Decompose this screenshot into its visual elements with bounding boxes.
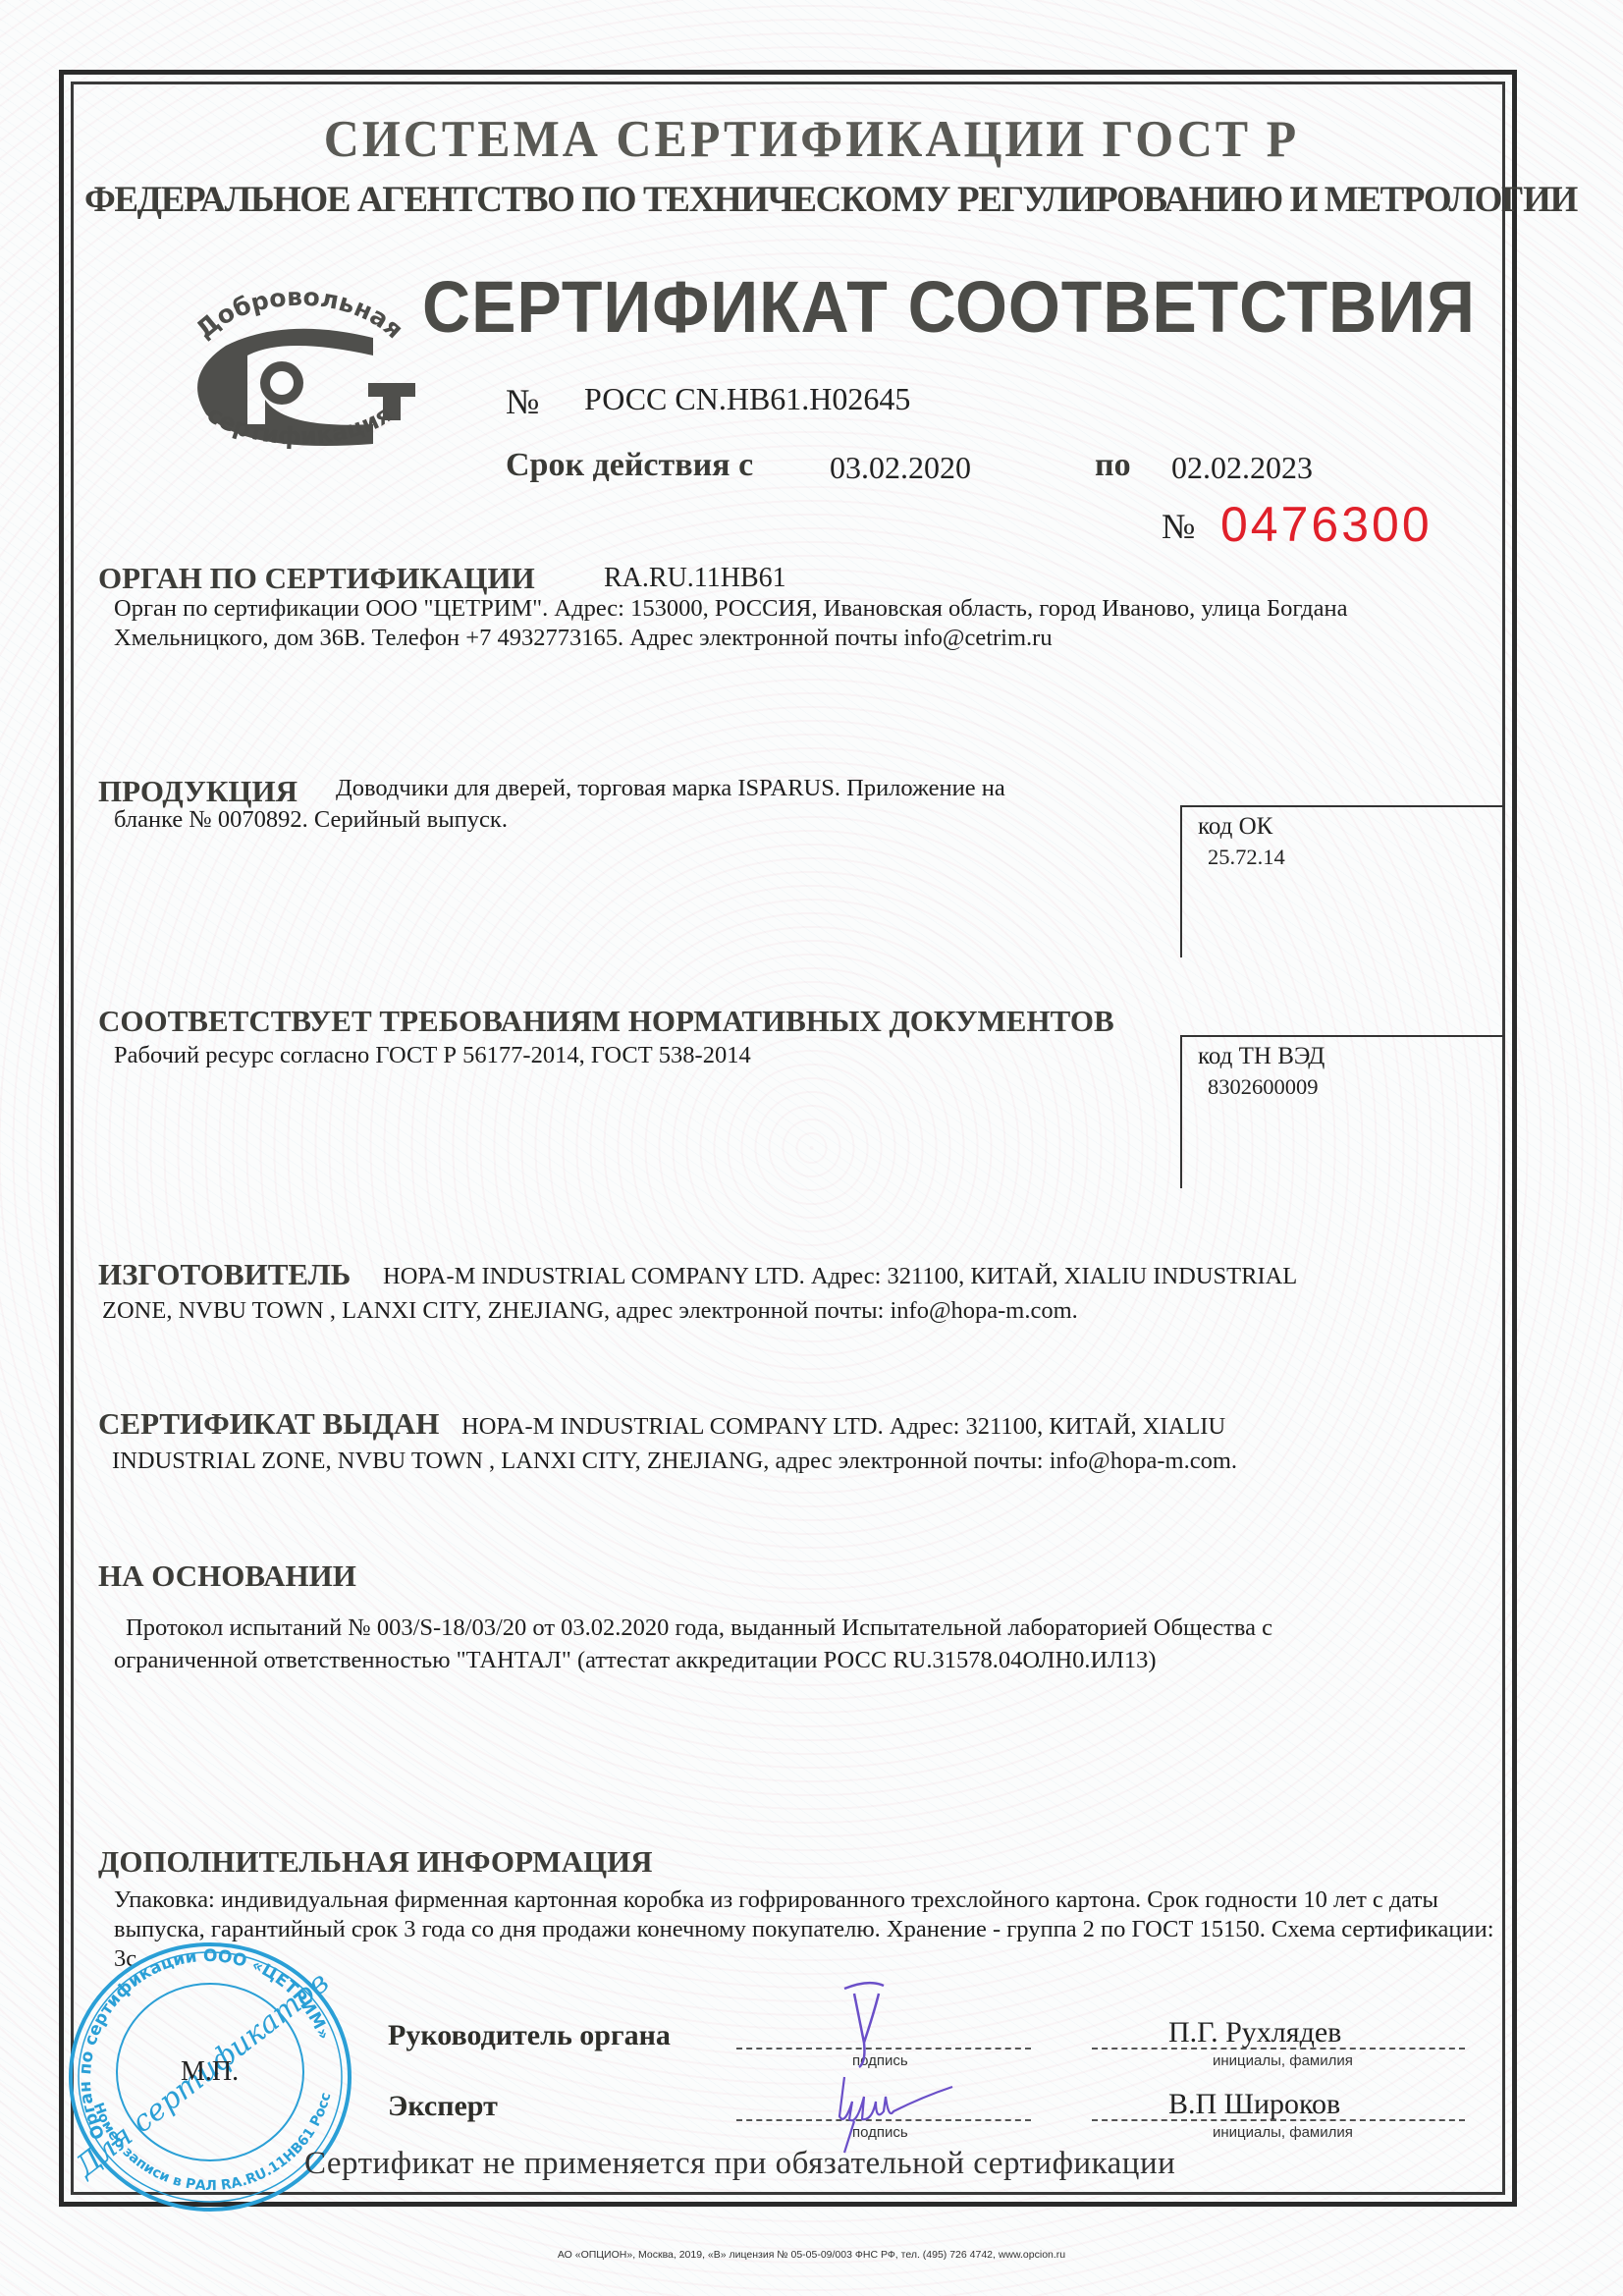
manufacturer-text-line2: ZONE, NVBU TOWN , LANXI CITY, ZHEJIANG, … xyxy=(102,1296,1078,1326)
tnved-code-label: код ТН ВЭД xyxy=(1198,1043,1325,1070)
head-name: П.Г. Рухлядев xyxy=(1168,2016,1341,2050)
manufacturer-heading: ИЗГОТОВИТЕЛЬ xyxy=(98,1257,351,1292)
valid-from: 03.02.2020 xyxy=(830,450,971,486)
blank-number: 0476300 xyxy=(1220,496,1433,553)
product-text-line1: Доводчики для дверей, торговая марка ISP… xyxy=(336,774,1416,803)
product-text-line2: бланке № 0070892. Серийный выпуск. xyxy=(114,805,508,835)
gost-r-logo-icon: Добровольная сертификация xyxy=(167,277,432,464)
head-signature-line xyxy=(736,2048,1031,2050)
conformity-heading: СООТВЕТСТВУЕТ ТРЕБОВАНИЯМ НОРМАТИВНЫХ ДО… xyxy=(98,1004,1114,1039)
product-heading: ПРОДУКЦИЯ xyxy=(98,774,298,809)
agency-title: ФЕДЕРАЛЬНОЕ АГЕНТСТВО ПО ТЕХНИЧЕСКОМУ РЕ… xyxy=(84,179,1498,221)
validity-label: Срок действия с xyxy=(506,447,753,484)
certification-body-code: RA.RU.11НВ61 xyxy=(604,563,786,594)
certificate-title: СЕРТИФИКАТ СООТВЕТСТВИЯ xyxy=(422,265,1476,349)
head-of-body-label: Руководитель органа xyxy=(388,2019,671,2052)
ok-code-value: 25.72.14 xyxy=(1208,845,1285,870)
tnved-code-box: код ТН ВЭД 8302600009 xyxy=(1180,1035,1504,1188)
tnved-code-value: 8302600009 xyxy=(1208,1074,1319,1100)
issued-to-text-line1: HOPA-M INDUSTRIAL COMPANY LTD. Адрес: 32… xyxy=(461,1412,1225,1442)
ok-code-box: код ОК 25.72.14 xyxy=(1180,805,1504,957)
expert-name: В.П Широков xyxy=(1168,2088,1340,2121)
expert-label: Эксперт xyxy=(388,2090,498,2123)
manufacturer-text-line1: HOPA-M INDUSTRIAL COMPANY LTD. Адрес: 32… xyxy=(383,1262,1297,1291)
blank-number-label: № xyxy=(1162,506,1195,547)
expert-name-caption: инициалы, фамилия xyxy=(1213,2124,1353,2141)
head-name-caption: инициалы, фамилия xyxy=(1213,2052,1353,2069)
certificate-number-label: № xyxy=(506,381,539,422)
ok-code-label: код ОК xyxy=(1198,813,1272,841)
basis-text-line2: ограниченной ответственностью "ТАНТАЛ" (… xyxy=(114,1646,1156,1675)
valid-to-label: по xyxy=(1095,447,1131,484)
certification-body-heading: ОРГАН ПО СЕРТИФИКАЦИИ xyxy=(98,561,535,596)
printer-info: АО «ОПЦИОН», Москва, 2019, «В» лицензия … xyxy=(0,2249,1623,2261)
conformity-text: Рабочий ресурс согласно ГОСТ Р 56177-201… xyxy=(114,1041,751,1070)
expert-signature-line xyxy=(736,2119,1031,2121)
stamp-outer-text: Орган по сертификации ООО «ЦЕТРИМ» xyxy=(76,1946,334,2143)
expert-signature-caption: подпись xyxy=(852,2124,908,2141)
additional-info-heading: ДОПОЛНИТЕЛЬНАЯ ИНФОРМАЦИЯ xyxy=(98,1844,653,1880)
svg-text:Орган по сертификации ООО «ЦЕТ: Орган по сертификации ООО «ЦЕТРИМ» xyxy=(76,1946,334,2143)
system-title: СИСТЕМА СЕРТИФИКАЦИИ ГОСТ Р xyxy=(0,109,1623,169)
expert-name-line xyxy=(1092,2119,1465,2121)
certificate-number: РОСС CN.НВ61.Н02645 xyxy=(584,381,910,417)
basis-text-line1: Протокол испытаний № 003/S-18/03/20 от 0… xyxy=(126,1613,1272,1643)
valid-to: 02.02.2023 xyxy=(1171,450,1313,486)
issued-to-heading: СЕРТИФИКАТ ВЫДАН xyxy=(98,1406,439,1442)
basis-heading: НА ОСНОВАНИИ xyxy=(98,1558,356,1594)
footer-note: Сертификат не применяется при обязательн… xyxy=(304,2146,1175,2182)
head-signature-caption: подпись xyxy=(852,2052,908,2069)
certification-body-text: Орган по сертификации ООО "ЦЕТРИМ". Адре… xyxy=(114,594,1508,653)
head-name-line xyxy=(1092,2048,1465,2050)
stamp-place-label: М.П. xyxy=(181,2056,239,2088)
issued-to-text-line2: INDUSTRIAL ZONE, NVBU TOWN , LANXI CITY,… xyxy=(112,1447,1237,1476)
